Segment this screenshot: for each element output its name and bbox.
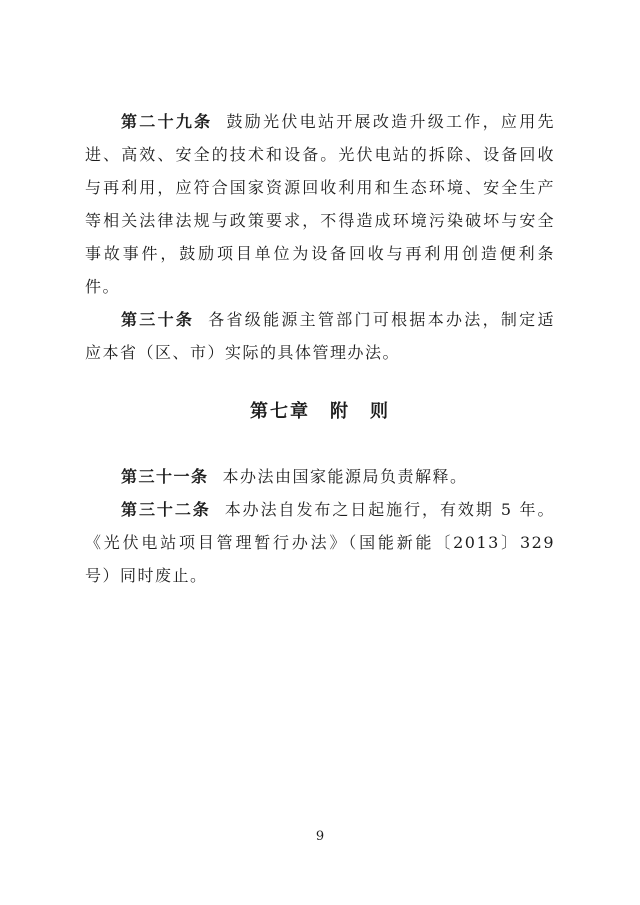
document-page: 第二十九条鼓励光伏电站开展改造升级工作，应用先进、高效、安全的技术和设备。光伏电… xyxy=(0,0,640,905)
article-29-text: 鼓励光伏电站开展改造升级工作，应用先进、高效、安全的技术和设备。光伏电站的拆除、… xyxy=(85,112,555,296)
article-30-number: 第三十条 xyxy=(121,310,194,329)
article-29-number: 第二十九条 xyxy=(121,112,212,131)
article-30-paragraph: 第三十条各省级能源主管部门可根据本办法，制定适应本省（区、市）实际的具体管理办法… xyxy=(85,303,555,369)
article-29-paragraph: 第二十九条鼓励光伏电站开展改造升级工作，应用先进、高效、安全的技术和设备。光伏电… xyxy=(85,105,555,303)
chapter-heading: 第七章 附 则 xyxy=(85,395,555,428)
article-31-text: 本办法由国家能源局负责解释。 xyxy=(223,467,468,486)
page-content: 第二十九条鼓励光伏电站开展改造升级工作，应用先进、高效、安全的技术和设备。光伏电… xyxy=(85,105,555,592)
article-31-number: 第三十一条 xyxy=(121,467,209,486)
article-31-paragraph: 第三十一条本办法由国家能源局负责解释。 xyxy=(85,460,555,493)
article-32-paragraph: 第三十二条本办法自发布之日起施行，有效期 5 年。《光伏电站项目管理暂行办法》（… xyxy=(85,493,555,592)
page-number: 9 xyxy=(0,828,640,846)
article-32-number: 第三十二条 xyxy=(121,500,211,519)
